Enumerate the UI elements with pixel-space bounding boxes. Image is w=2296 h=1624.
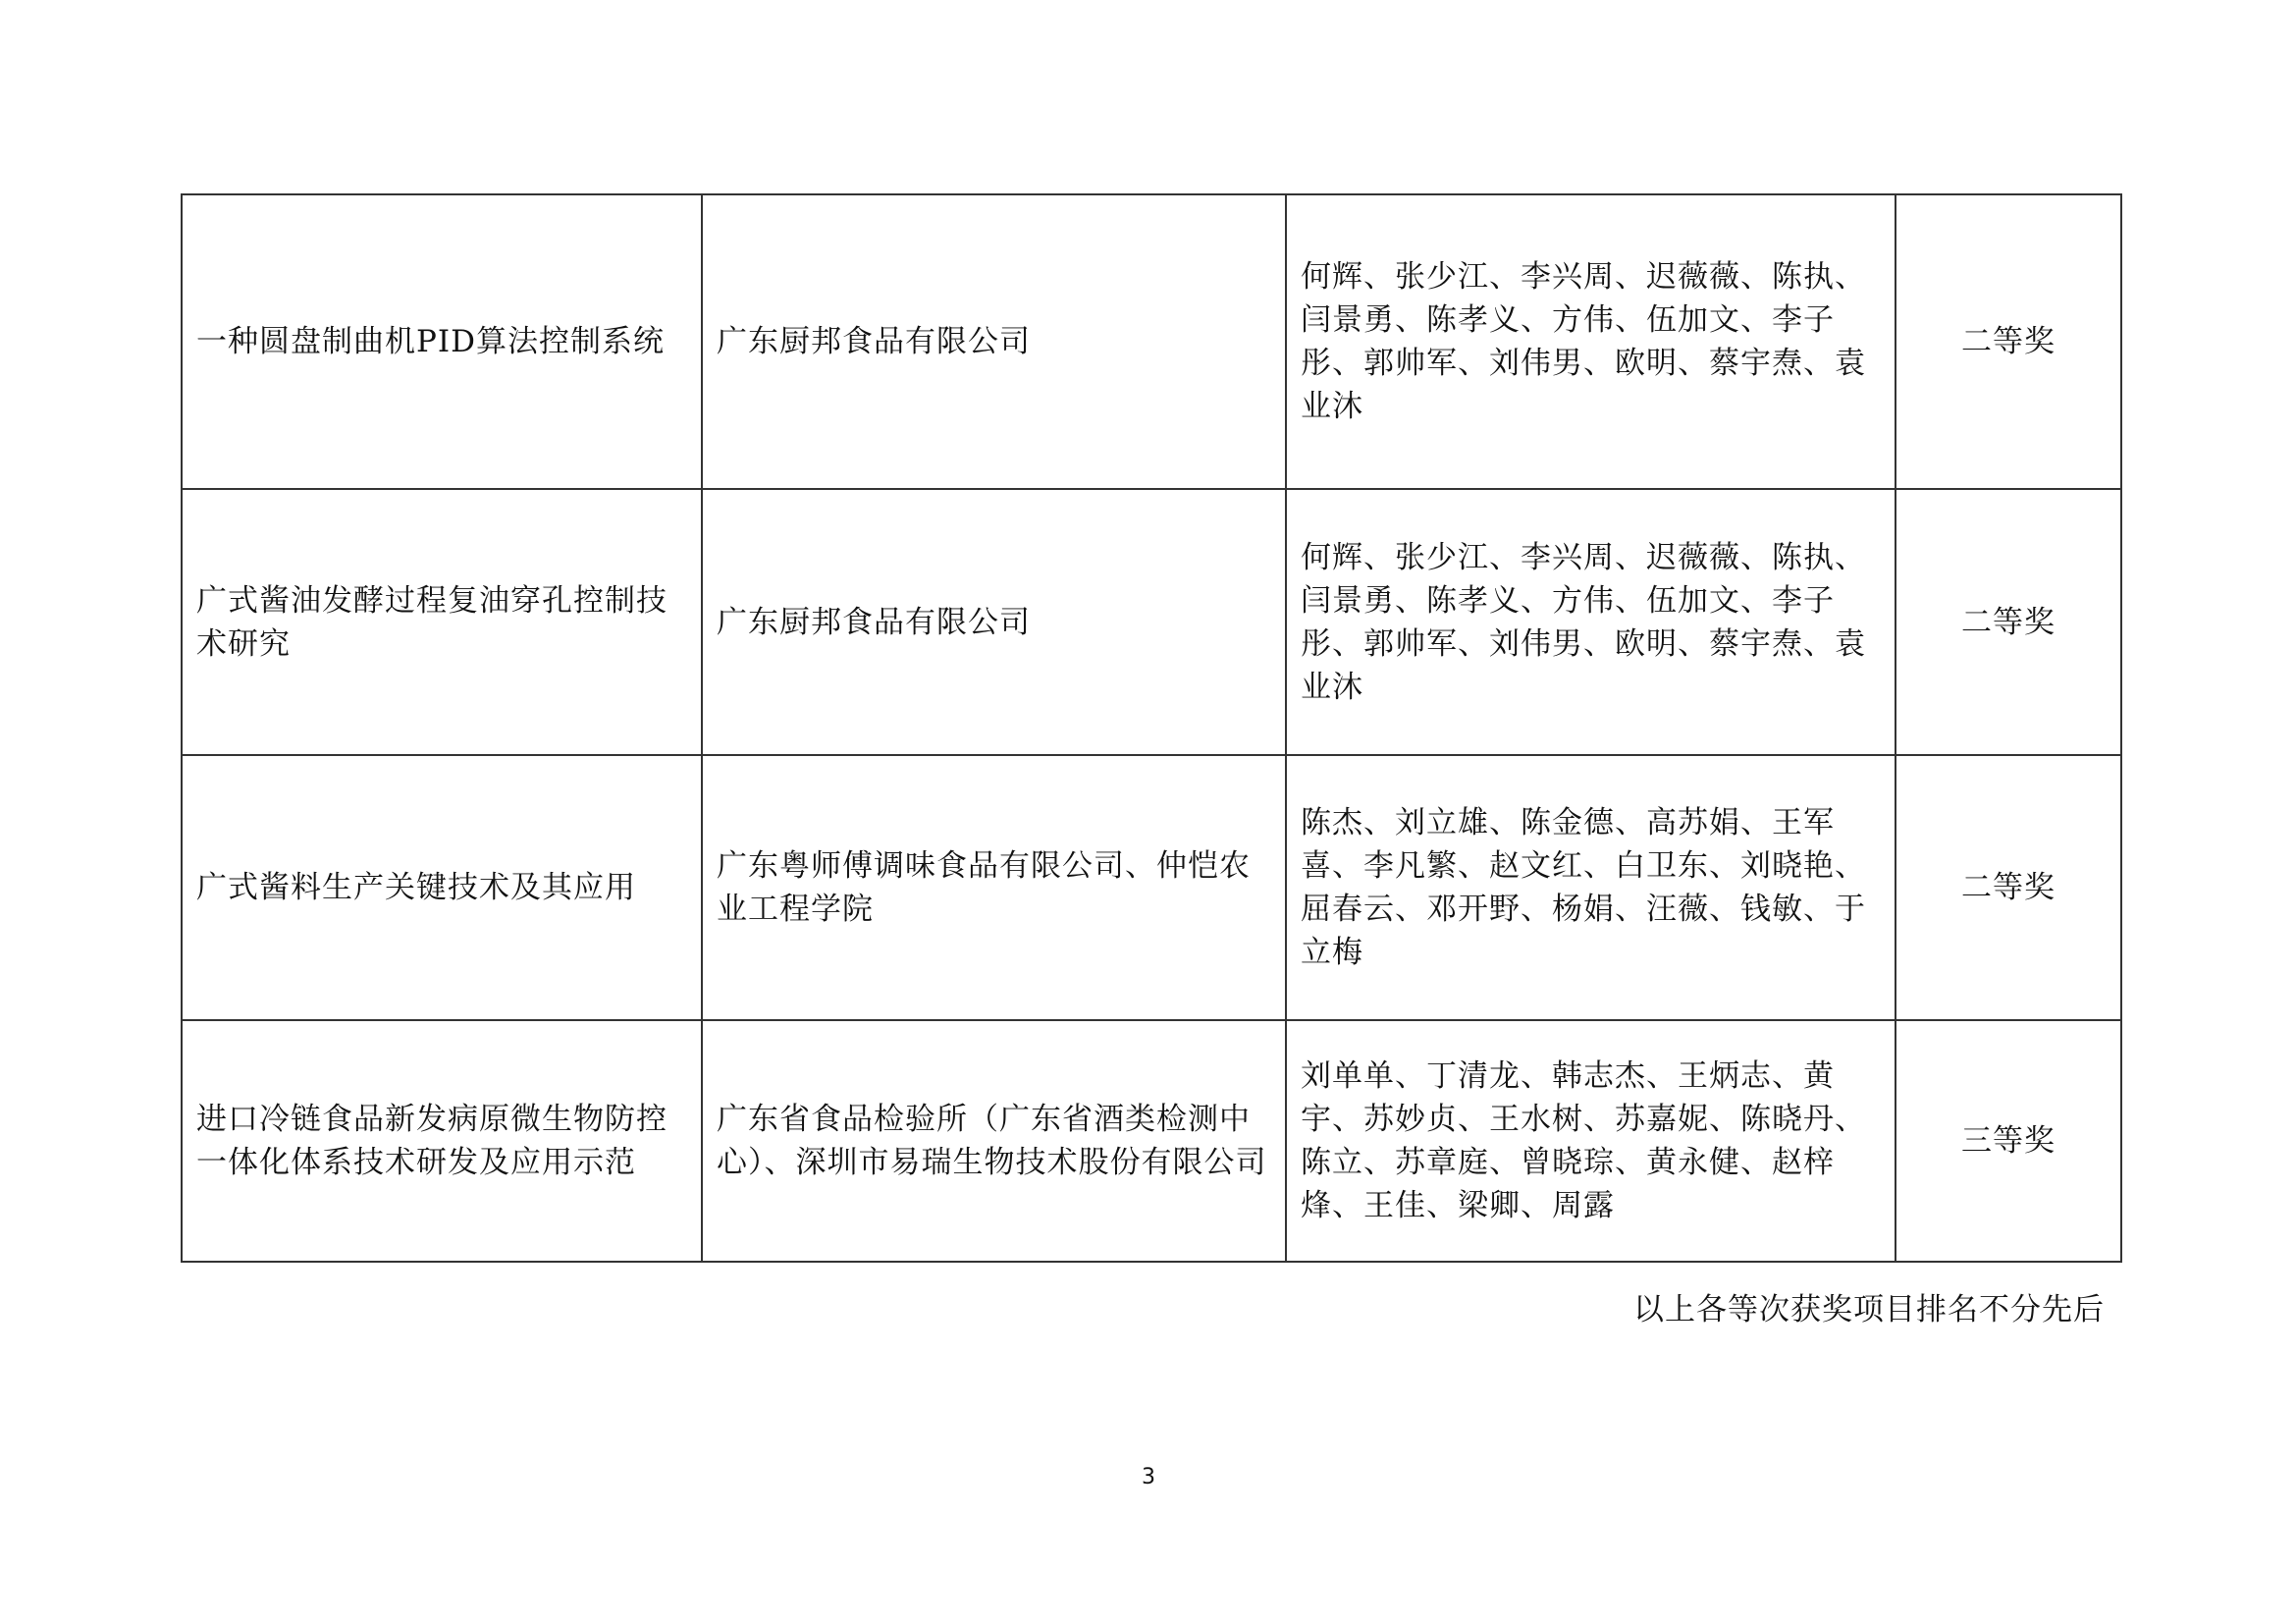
table-row: 广式酱油发酵过程复油穿孔控制技术研究 广东厨邦食品有限公司 何辉、张少江、李兴周… — [182, 489, 2121, 755]
table-row: 进口冷链食品新发病原微生物防控一体化体系技术研发及应用示范 广东省食品检验所（广… — [182, 1020, 2121, 1262]
ranking-note: 以上各等次获奖项目排名不分先后 — [1633, 1284, 2105, 1328]
table-row: 一种圆盘制曲机PID算法控制系统 广东厨邦食品有限公司 何辉、张少江、李兴周、迟… — [182, 194, 2121, 489]
awards-table: 一种圆盘制曲机PID算法控制系统 广东厨邦食品有限公司 何辉、张少江、李兴周、迟… — [181, 193, 2122, 1263]
project-name-cell: 进口冷链食品新发病原微生物防控一体化体系技术研发及应用示范 — [182, 1020, 702, 1262]
people-cell: 何辉、张少江、李兴周、迟薇薇、陈执、闫景勇、陈孝义、方伟、伍加文、李子彤、郭帅军… — [1286, 194, 1896, 489]
people-cell: 何辉、张少江、李兴周、迟薇薇、陈执、闫景勇、陈孝义、方伟、伍加文、李子彤、郭帅军… — [1286, 489, 1896, 755]
unit-cell: 广东粤师傅调味食品有限公司、仲恺农业工程学院 — [702, 755, 1286, 1020]
award-cell: 三等奖 — [1896, 1020, 2121, 1262]
unit-cell: 广东厨邦食品有限公司 — [702, 489, 1286, 755]
project-name-cell: 一种圆盘制曲机PID算法控制系统 — [182, 194, 702, 489]
page-number: 3 — [1142, 1465, 1155, 1489]
award-cell: 二等奖 — [1896, 489, 2121, 755]
project-name-cell: 广式酱油发酵过程复油穿孔控制技术研究 — [182, 489, 702, 755]
people-cell: 刘单单、丁清龙、韩志杰、王炳志、黄宇、苏妙贞、王水树、苏嘉妮、陈晓丹、陈立、苏章… — [1286, 1020, 1896, 1262]
unit-cell: 广东省食品检验所（广东省酒类检测中心）、深圳市易瑞生物技术股份有限公司 — [702, 1020, 1286, 1262]
people-cell: 陈杰、刘立雄、陈金德、高苏娟、王军喜、李凡繁、赵文红、白卫东、刘晓艳、屈春云、邓… — [1286, 755, 1896, 1020]
document-page: 一种圆盘制曲机PID算法控制系统 广东厨邦食品有限公司 何辉、张少江、李兴周、迟… — [0, 0, 2296, 1624]
project-name-cell: 广式酱料生产关键技术及其应用 — [182, 755, 702, 1020]
award-cell: 二等奖 — [1896, 755, 2121, 1020]
unit-cell: 广东厨邦食品有限公司 — [702, 194, 1286, 489]
table-row: 广式酱料生产关键技术及其应用 广东粤师傅调味食品有限公司、仲恺农业工程学院 陈杰… — [182, 755, 2121, 1020]
award-cell: 二等奖 — [1896, 194, 2121, 489]
